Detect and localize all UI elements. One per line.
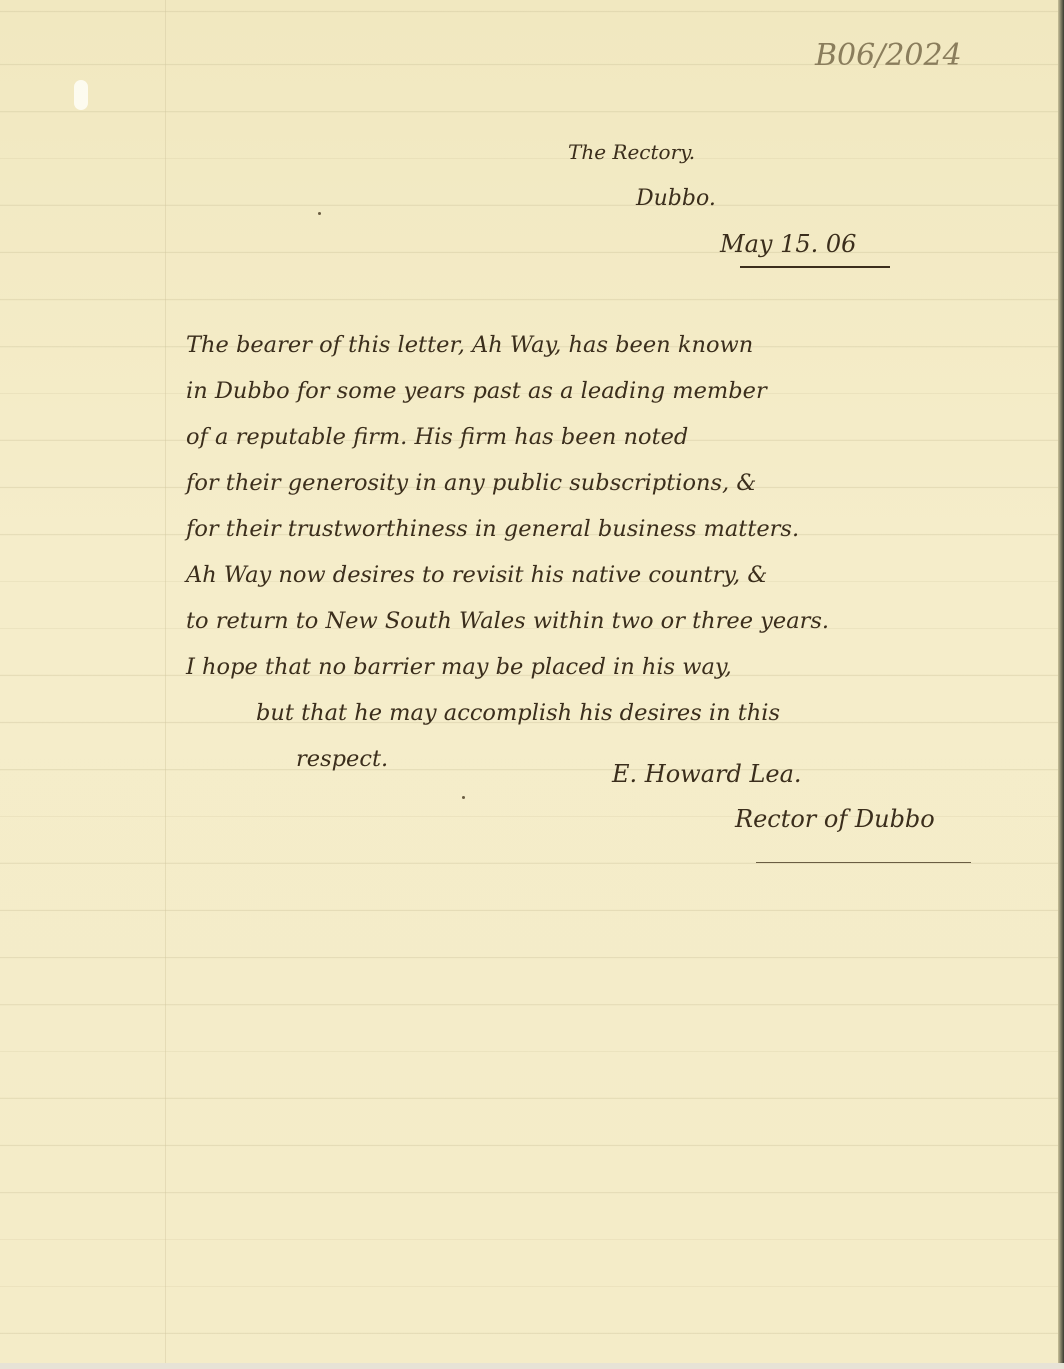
ink-dot (318, 212, 321, 215)
letter-date: May 15. 06 (720, 230, 856, 258)
body-line: of a reputable firm. His firm has been n… (186, 414, 829, 460)
ink-dot (462, 796, 465, 799)
signature-underline (756, 862, 971, 863)
page-bottom-edge (0, 1363, 1064, 1369)
margin-line (165, 0, 166, 1369)
body-line: The bearer of this letter, Ah Way, has b… (186, 322, 829, 368)
address-line-1: The Rectory. (568, 140, 695, 164)
body-line: for their trustworthiness in general bus… (186, 506, 829, 552)
signature-name: E. Howard Lea. (612, 760, 802, 788)
body-line: to return to New South Wales within two … (186, 598, 829, 644)
reference-number: B06/2024 (815, 38, 962, 73)
date-underline (740, 266, 890, 268)
letter-page: B06/2024 The Rectory. Dubbo. May 15. 06 … (0, 0, 1064, 1369)
paper-damage-mark (74, 80, 88, 110)
body-line: I hope that no barrier may be placed in … (186, 644, 829, 690)
letter-body: The bearer of this letter, Ah Way, has b… (186, 322, 829, 782)
body-line: for their generosity in any public subsc… (186, 460, 829, 506)
body-line: Ah Way now desires to revisit his native… (186, 552, 829, 598)
address-line-2: Dubbo. (636, 186, 716, 211)
signature-title: Rector of Dubbo (735, 805, 935, 833)
page-right-edge (1058, 0, 1064, 1369)
body-line: in Dubbo for some years past as a leadin… (186, 368, 829, 414)
body-line: but that he may accomplish his desires i… (186, 690, 829, 736)
